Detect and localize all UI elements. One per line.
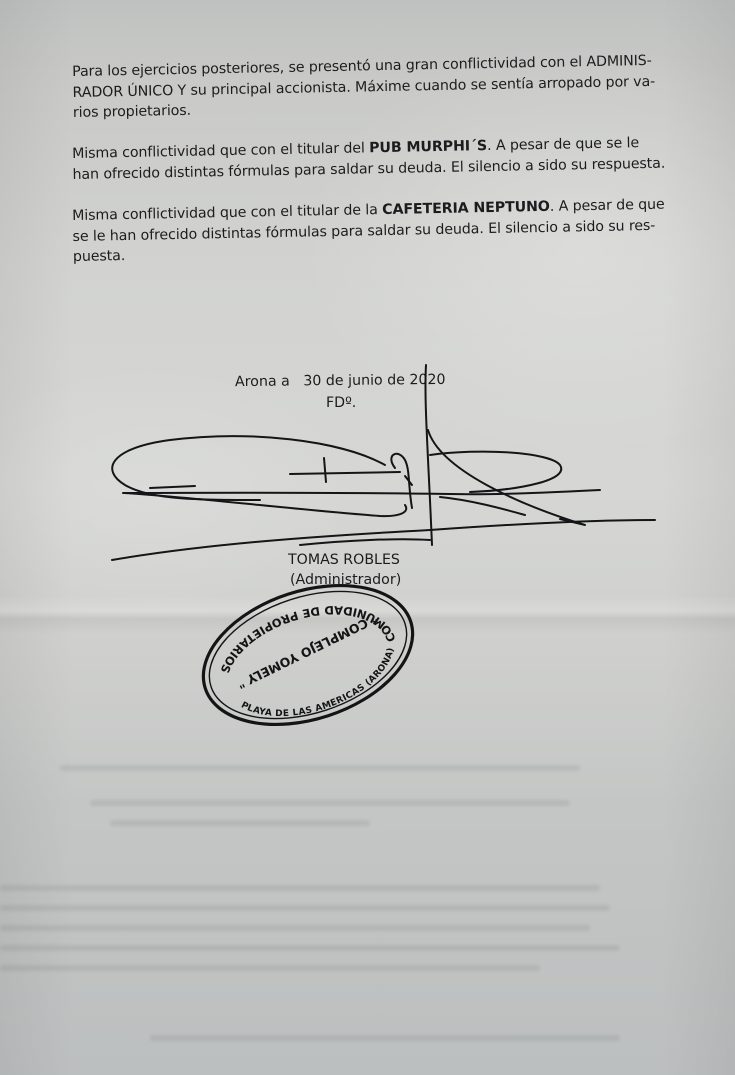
- line-text: Misma conflictividad que con el titular …: [72, 140, 369, 162]
- business-name-pub: PUB MURPHI´S: [369, 138, 487, 156]
- bleed-through-texture: [0, 740, 735, 1075]
- place-date: Arona a 30 de junio de 2020: [235, 372, 446, 390]
- paragraph-administrator-conflict: Para los ejercicios posteriores, se pres…: [72, 50, 691, 123]
- stamp-middle-text: " COMPLEJO YOMELY ": [235, 611, 380, 692]
- line-text: . A pesar de que se le: [487, 135, 639, 154]
- line-text: puesta.: [73, 248, 125, 265]
- community-stamp: COMUNIDAD DE PROPIETARIOS PLAYA DE LAS A…: [196, 583, 420, 727]
- line: rios propietarios.: [73, 103, 191, 121]
- line-text: Misma conflictividad que con el titular …: [72, 202, 382, 224]
- line-text: . A pesar de que: [550, 197, 665, 215]
- signatory-name: TOMAS ROBLES: [288, 552, 400, 568]
- paragraph-pub-murphis: Misma conflictividad que con el titular …: [72, 132, 691, 185]
- business-name-cafeteria: CAFETERIA NEPTUNO: [382, 199, 550, 218]
- paragraph-cafeteria-neptuno: Misma conflictividad que con el titular …: [72, 194, 691, 267]
- signature-label: FDº.: [326, 395, 356, 411]
